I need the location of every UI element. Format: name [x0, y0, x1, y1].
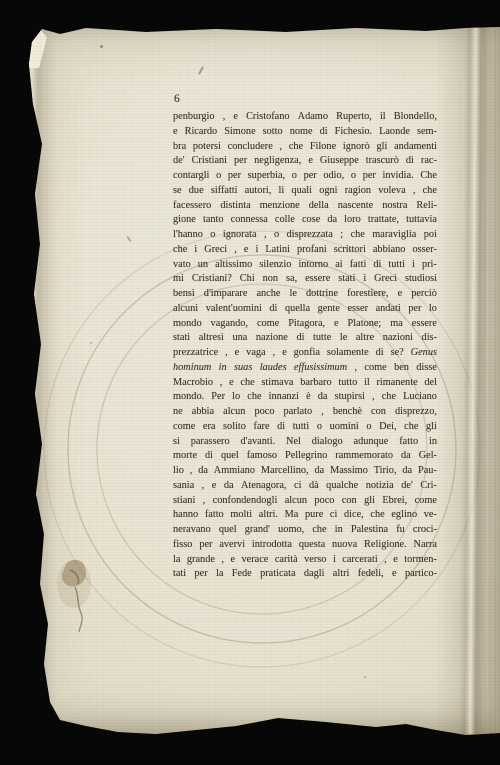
word: stupirsi — [335, 390, 365, 405]
word: fu — [396, 523, 405, 538]
ink-stain-halo — [57, 560, 91, 608]
word: Che — [420, 169, 437, 184]
word: Religione. — [364, 538, 407, 553]
word: , — [221, 553, 224, 568]
word: che — [370, 508, 384, 523]
text-line: stiani,confondendoglialcunpococongliEbre… — [173, 494, 437, 509]
word: lo — [232, 390, 240, 405]
word: per — [304, 169, 317, 184]
word: poco — [314, 494, 334, 509]
word: contargli — [173, 169, 209, 184]
text-line: brapotersiconcludere,cheFiloneignoròglia… — [173, 140, 437, 155]
word: ci — [330, 508, 337, 523]
word: , — [190, 464, 193, 479]
word: essere — [412, 317, 437, 332]
word: odio, — [323, 169, 344, 184]
word: per — [228, 169, 241, 184]
ink-stain-blob — [62, 560, 86, 587]
word: neravano — [173, 523, 211, 538]
word: carcerati — [342, 553, 377, 568]
word: con — [342, 494, 357, 509]
word: gli — [376, 140, 387, 155]
text-line: bensìd'imparareancheledottrineforestiere… — [173, 287, 437, 302]
word: bensì — [173, 287, 195, 302]
word: Reli- — [416, 199, 437, 214]
word: non — [263, 272, 278, 287]
word: negligenza, — [254, 154, 301, 169]
word: Adamo — [298, 110, 328, 125]
word: Marcellino, — [261, 464, 309, 479]
word: Luciano — [403, 390, 437, 405]
gutter-page-edges — [484, 27, 500, 733]
word: , — [234, 243, 237, 258]
word: del — [424, 376, 437, 391]
word: ; — [340, 228, 343, 243]
text-line: contargliopersuperbia,operodio,operinvid… — [173, 169, 437, 184]
text-line: siparasserod'avanti.Neldialogoadunquefat… — [173, 435, 437, 450]
word: un — [198, 258, 208, 273]
word: Fichesio. — [335, 125, 372, 140]
word: qualche — [326, 479, 358, 494]
paper-speck — [364, 676, 366, 678]
pen-mark — [198, 66, 204, 75]
word: Blondello, — [394, 110, 437, 125]
word: rac- — [421, 154, 437, 169]
word: sotto — [263, 125, 283, 140]
word: che — [240, 376, 254, 391]
text-line: comeerasolitofaredituttiouominioDei,cheg… — [173, 420, 437, 435]
word: ma — [390, 317, 403, 332]
word: o — [292, 169, 297, 184]
word: Nel — [286, 435, 301, 450]
word: pure — [305, 508, 323, 523]
word: di — [205, 449, 213, 464]
word: fatto — [399, 435, 418, 450]
word: Greci — [374, 272, 397, 287]
word: Platone; — [348, 317, 382, 332]
word: si — [173, 435, 180, 450]
word: da — [314, 464, 324, 479]
word: prezzatrice — [173, 346, 218, 361]
word: stimava — [261, 376, 293, 391]
word: fatti — [350, 258, 367, 273]
word: o — [366, 420, 371, 435]
word: Gel- — [419, 449, 437, 464]
word: concludere — [228, 140, 273, 155]
word: fedeli, — [358, 567, 384, 582]
word: era — [203, 420, 216, 435]
word: per — [408, 302, 421, 317]
word: l'hanno — [173, 228, 203, 243]
word: Dei, — [379, 420, 396, 435]
word: carità — [275, 553, 298, 568]
text-line: alcunivalent'uominidiquellagenteesserand… — [173, 302, 437, 317]
word: questa — [299, 538, 325, 553]
word: Cristiani — [192, 154, 227, 169]
word: e — [235, 346, 240, 361]
word: fisso — [173, 538, 192, 553]
word: stati — [338, 272, 355, 287]
word: nome — [290, 125, 313, 140]
word: poco — [254, 405, 274, 420]
word: altri. — [259, 508, 278, 523]
word: effusissimum — [294, 361, 347, 376]
word: pri- — [422, 258, 437, 273]
word: i — [412, 258, 415, 273]
word: tutte — [313, 331, 331, 346]
word: quali — [291, 184, 312, 199]
word: tuttavia — [406, 213, 437, 228]
word: trattate, — [368, 213, 399, 228]
word: tutti — [388, 258, 405, 273]
word: poi — [424, 228, 437, 243]
word: introdotta — [252, 538, 292, 553]
word: tanto — [203, 213, 224, 228]
text-line: de'Cristianipernegligenza,eGiuseppetrasc… — [173, 154, 437, 169]
word: dis- — [422, 331, 437, 346]
word: li — [279, 184, 285, 199]
word: connessa — [231, 213, 268, 228]
paper-speck — [100, 45, 103, 48]
word: parassero — [191, 435, 230, 450]
page-number: 6 — [174, 93, 180, 105]
word: rammemorato — [335, 449, 393, 464]
word: confondendogli — [213, 494, 278, 509]
word: vagando, — [211, 317, 248, 332]
word: alcuni — [173, 302, 198, 317]
word: Per — [211, 390, 225, 405]
word: altre — [356, 331, 374, 346]
word: di — [296, 331, 304, 346]
word: laudes — [260, 361, 287, 376]
word: nascente — [338, 199, 373, 214]
text-block: penburgio,eCristofanoAdamoRuperto,ilBlon… — [173, 110, 437, 582]
word: disse — [416, 361, 437, 376]
word: una — [232, 331, 247, 346]
word: trascurò — [366, 154, 399, 169]
text-line: neravanoquelgrand'uomo,cheinPalestinafuc… — [173, 523, 437, 538]
word: per — [363, 169, 376, 184]
word: gli — [364, 494, 375, 509]
word: Latini — [265, 243, 290, 258]
word: in — [335, 523, 343, 538]
word: i — [363, 272, 366, 287]
word: due — [189, 184, 204, 199]
text-line: eRicardoSimonesottonomediFichesio.Laonde… — [173, 125, 437, 140]
word: perciò — [411, 287, 437, 302]
word: , — [264, 228, 267, 243]
word: di — [373, 258, 381, 273]
word: disprezzata — [287, 228, 333, 243]
word: ci — [294, 479, 301, 494]
word: Ruperto, — [336, 110, 372, 125]
word: e — [229, 376, 234, 391]
word: molti — [230, 508, 252, 523]
text-line: tatiperlaFedepraticatadaglialtrifedeli,e… — [173, 567, 437, 582]
word: alcun — [223, 405, 245, 420]
word: i — [333, 553, 336, 568]
word: tati — [173, 567, 186, 582]
word: alcun — [285, 494, 307, 509]
word: le — [290, 287, 297, 302]
word: o — [351, 169, 356, 184]
text-line: lagrande,everacecaritàversoicarcerati,et… — [173, 553, 437, 568]
text-line: mondovagando,comePitagora,ePlatone;maess… — [173, 317, 437, 332]
text-line: seduesiffattiautori,liqualiogniragionvol… — [173, 184, 437, 199]
word: gli — [426, 420, 437, 435]
word: se? — [391, 346, 404, 361]
word: o — [210, 228, 215, 243]
word: da — [224, 479, 234, 494]
word: da — [327, 213, 337, 228]
text-line: cheiGreci,eiLatiniprofaniscrittoriabbian… — [173, 243, 437, 258]
word: dottrine — [306, 287, 338, 302]
word: studiosi — [405, 272, 437, 287]
word: morte — [173, 449, 197, 464]
word: Macrobio — [173, 376, 213, 391]
word: ignorata — [223, 228, 257, 243]
word: fare — [254, 420, 270, 435]
word: che — [382, 390, 396, 405]
word: Atenagora, — [241, 479, 286, 494]
word: ben — [394, 361, 409, 376]
word: dice, — [344, 508, 364, 523]
word: cose — [302, 213, 320, 228]
word: gonfia — [294, 346, 320, 361]
word: suas — [234, 361, 252, 376]
word: e — [212, 479, 217, 494]
word: per — [234, 154, 247, 169]
word: altissimo — [215, 258, 252, 273]
word: invidia. — [382, 169, 413, 184]
word: nazioni — [383, 331, 413, 346]
word: e — [398, 287, 403, 302]
word: ne — [173, 405, 183, 420]
text-line: vatounaltissimosilenziointornoaifattidit… — [173, 258, 437, 273]
word: che — [247, 390, 261, 405]
word: , — [413, 184, 416, 199]
word: e — [173, 125, 178, 140]
word: i — [255, 243, 258, 258]
word: autori, — [245, 184, 272, 199]
word: croci- — [413, 523, 437, 538]
word: valent'uomini — [206, 302, 262, 317]
word: come — [173, 420, 195, 435]
word: Cristofano — [246, 110, 289, 125]
word: avervi — [219, 538, 245, 553]
text-line: mondo.Perlocheinnanzièdastupirsi,cheLuci… — [173, 390, 437, 405]
word: da — [402, 464, 412, 479]
text-line: Macrobio,echestimavabarbarotuttoilrimane… — [173, 376, 437, 391]
word: siffatti — [211, 184, 238, 199]
word: la — [216, 567, 223, 582]
word: di — [269, 302, 277, 317]
word: , — [220, 376, 223, 391]
word: innanzi — [269, 390, 299, 405]
word: Chi — [240, 272, 255, 287]
word: , — [203, 494, 206, 509]
word: Filone — [310, 140, 336, 155]
word: stati — [173, 331, 190, 346]
word: Laonde — [379, 125, 410, 140]
word: rimanente — [376, 376, 417, 391]
word: tutto — [338, 376, 357, 391]
word: le — [340, 331, 347, 346]
paper-speck — [126, 236, 131, 242]
word: il — [380, 110, 386, 125]
word: tutti — [293, 420, 310, 435]
word: colle — [275, 213, 295, 228]
word: osser- — [413, 243, 437, 258]
word: che — [289, 140, 303, 155]
word: da — [198, 464, 208, 479]
word: che — [404, 420, 418, 435]
word: e — [282, 346, 287, 361]
word: potersi — [193, 140, 221, 155]
text-line: neabbiaalcunpocoparlato,benchècondisprez… — [173, 405, 437, 420]
deckle-edge-left — [28, 26, 38, 730]
word: grande — [187, 553, 215, 568]
word: uomini — [330, 420, 359, 435]
word: , — [384, 553, 387, 568]
word: Palestina — [351, 523, 388, 538]
word: voleva — [378, 184, 405, 199]
word: famoso — [247, 449, 277, 464]
word: andamenti — [394, 140, 437, 155]
word: d'imparare — [204, 287, 248, 302]
word: essere — [305, 272, 330, 287]
word: d'avanti. — [240, 435, 275, 450]
text-line: l'hannooignorata,odisprezzata;chemaravig… — [173, 228, 437, 243]
word: ve- — [424, 508, 437, 523]
text-line: fissoperaverviintrodottaquestanuovaRelig… — [173, 538, 437, 553]
word: sa, — [286, 272, 297, 287]
word: forestiere, — [347, 287, 388, 302]
word: loro — [344, 213, 361, 228]
word: distinta — [220, 199, 250, 214]
word: sania — [173, 479, 194, 494]
word: , — [225, 346, 228, 361]
word: eglino — [391, 508, 417, 523]
word: , — [202, 479, 205, 494]
word: quel — [221, 449, 239, 464]
word: hanno — [173, 508, 198, 523]
word: di — [376, 346, 384, 361]
word: fatto — [205, 508, 224, 523]
word: e — [393, 553, 398, 568]
word: menzione — [260, 199, 300, 214]
fold-crease — [459, 26, 489, 734]
word: vaga — [246, 346, 265, 361]
word: Giuseppe — [320, 154, 359, 169]
word: intorno — [298, 258, 328, 273]
word: Fede — [232, 567, 252, 582]
word: Greci — [204, 243, 227, 258]
word: o — [274, 228, 279, 243]
word: in — [429, 435, 437, 450]
word: hominum — [173, 361, 211, 376]
word: i — [194, 243, 197, 258]
word: barbaro — [300, 376, 331, 391]
word: che — [351, 228, 365, 243]
word: è — [306, 390, 311, 405]
word: maraviglia — [372, 228, 416, 243]
word: e — [244, 243, 249, 258]
word: altri — [333, 567, 350, 582]
text-line: mortediquelfamosoPellegrinorammemoratoda… — [173, 449, 437, 464]
ink-stain-tail — [70, 570, 82, 632]
word: dialogo — [312, 435, 343, 450]
word: andati — [376, 302, 401, 317]
word: Pellegrino — [285, 449, 327, 464]
word: profani — [297, 243, 327, 258]
word: che — [423, 184, 437, 199]
word: , — [321, 405, 324, 420]
word: de' — [173, 154, 185, 169]
word: tormen- — [404, 553, 437, 568]
word: per — [199, 538, 212, 553]
word: stiani — [173, 494, 195, 509]
word: verso — [304, 553, 326, 568]
word: de' — [401, 479, 413, 494]
word: come — [364, 361, 386, 376]
word: uomo, — [278, 523, 304, 538]
word: praticata — [260, 567, 295, 582]
word: Cristiani? — [192, 272, 232, 287]
word: Genus — [411, 346, 437, 361]
book-page: 6 penburgio,eCristofanoAdamoRuperto,ilBl… — [26, 24, 500, 736]
word: di — [406, 154, 414, 169]
text-line: statialtresìunanazionedituttelealtrenazi… — [173, 331, 437, 346]
word: facessero — [173, 199, 211, 214]
word: Pitagora, — [288, 317, 325, 332]
word: gente — [318, 302, 340, 317]
word: ai — [335, 258, 342, 273]
word: esser — [347, 302, 368, 317]
word: silenzio — [259, 258, 291, 273]
word: Cri- — [420, 479, 437, 494]
word: gione — [173, 213, 196, 228]
word: Ma — [285, 508, 299, 523]
word: partico- — [405, 567, 437, 582]
word: e — [334, 317, 339, 332]
word: Narra — [414, 538, 437, 553]
word: quel — [219, 523, 237, 538]
word: , — [223, 110, 226, 125]
word: , — [372, 390, 375, 405]
word: bra — [173, 140, 186, 155]
text-line: gionetantoconnessacollecosedalorotrattat… — [173, 213, 437, 228]
word: mondo — [173, 317, 202, 332]
word: abbia — [192, 405, 214, 420]
word: ignorò — [343, 140, 370, 155]
word: grand' — [245, 523, 270, 538]
paper-speck — [90, 342, 92, 344]
word: Ebrei, — [382, 494, 407, 509]
word: e — [392, 567, 397, 582]
word: vato — [173, 258, 191, 273]
text-line: sania,edaAtenagora,cidàqualchenotiziade'… — [173, 479, 437, 494]
word: anche — [256, 287, 280, 302]
word: dà — [309, 479, 319, 494]
text-line: facesserodistintamenzionedellanascenteno… — [173, 199, 437, 214]
word: e — [308, 154, 313, 169]
word: mi — [173, 272, 184, 287]
word: della — [309, 199, 329, 214]
word: Simone — [224, 125, 255, 140]
word: nuova — [332, 538, 357, 553]
word: verace — [241, 553, 268, 568]
